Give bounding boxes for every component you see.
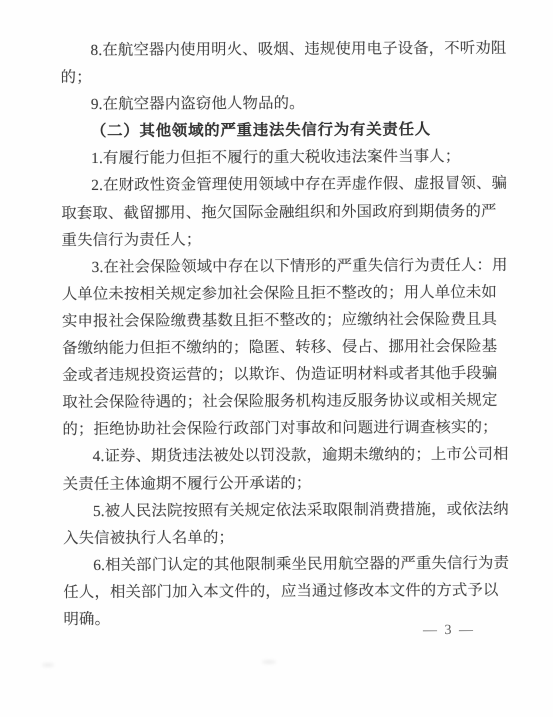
text-line: 取社会保险待遇的；社会保险服务机构违反服务协议或相关规定 (62, 387, 499, 416)
text-line: 的；拒绝协助社会保险行政部门对事故和问题进行调查核实的； (62, 414, 499, 443)
page-number: — 3 — (419, 622, 479, 640)
section-heading: （二）其他领域的严重违法失信行为有关责任人 (61, 116, 498, 145)
text-line: 1.有履行能力但拒不履行的重大税收违法案件当事人； (61, 143, 498, 172)
scan-smudge (262, 660, 276, 664)
document-text-block: 8.在航空器内使用明火、吸烟、违规使用电子设备，不听劝阻的；9.在航空器内盗窃他… (60, 35, 500, 633)
text-line: 4.证券、期货违法被处以罚没款，逾期未缴纳的；上市公司相 (63, 441, 500, 470)
text-line: 取套取、截留挪用、拖欠国际金融组织和外国政府到期债务的严 (61, 197, 498, 226)
scan-smudge (42, 663, 54, 667)
text-line: 的； (61, 62, 498, 91)
text-line: 2.在财政性资金管理使用领域中存在弄虚作假、虚报冒领、骗 (61, 170, 498, 199)
text-line: 实申报社会保险缴费基数且拒不整改的；应缴纳社会保险费且具 (62, 306, 499, 335)
text-line: 入失信被执行人名单的； (63, 523, 500, 552)
document-page: 8.在航空器内使用明火、吸烟、违规使用电子设备，不听劝阻的；9.在航空器内盗窃他… (0, 0, 553, 717)
text-line: 8.在航空器内使用明火、吸烟、违规使用电子设备，不听劝阻 (60, 35, 497, 64)
text-line: 人单位未按相关规定参加社会保险且拒不整改的；用人单位未如 (62, 279, 499, 308)
text-line: 9.在航空器内盗窃他人物品的。 (61, 89, 498, 118)
text-line: 3.在社会保险领域中存在以下情形的严重失信行为责任人：用 (62, 252, 499, 281)
text-line: 备缴纳能力但拒不缴纳的；隐匿、转移、侵占、挪用社会保险基 (62, 333, 499, 362)
text-line: 重失信行为责任人； (61, 225, 498, 254)
text-line: 5.被人民法院按照有关规定依法采取限制消费措施，或依法纳 (63, 495, 500, 524)
text-line: 关责任主体逾期不履行公开承诺的； (63, 468, 500, 497)
text-line: 6.相关部门认定的其他限制乘坐民用航空器的严重失信行为责 (63, 550, 500, 579)
text-line: 任人，相关部门加入本文件的，应当通过修改本文件的方式予以 (63, 577, 500, 606)
text-line: 金或者违规投资运营的；以欺诈、伪造证明材料或者其他手段骗 (62, 360, 499, 389)
